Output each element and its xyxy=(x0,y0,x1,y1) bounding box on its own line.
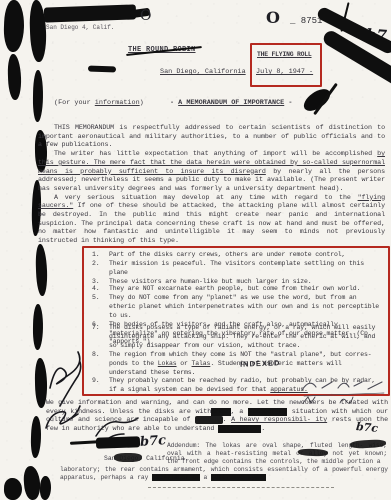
red-annotation-box-title xyxy=(250,43,322,87)
scanned-document-page: San Diego 4, Calif. O O _ 8751 b7 THE RO… xyxy=(0,0,391,500)
numbered-item: 7.The disks possess a type of radiant en… xyxy=(92,324,382,351)
item-text: They do NOT come from any "planet" as we… xyxy=(109,294,382,321)
typed-paragraph: The writer has little expectation that a… xyxy=(38,150,385,194)
closing-paragraph: We give information and warning, and can… xyxy=(46,399,388,434)
findings-group-1: 1.Part of the disks carry crews, others … xyxy=(92,251,382,287)
scan-artifact xyxy=(33,70,44,122)
numbered-item: 4.They are NOT excarnate earth people, b… xyxy=(92,285,382,294)
torn-edge-dashed-line xyxy=(148,487,334,488)
typed-paragraph: A very serious situation may develop at … xyxy=(38,194,385,246)
redaction-bar-bottom xyxy=(96,436,140,449)
handwritten-code-right-edge: b7c xyxy=(355,420,378,435)
handwritten-code-bottom: b7c xyxy=(140,433,167,450)
return-address: San Diego 4, Calif. xyxy=(46,24,114,31)
info-note: (For your information) xyxy=(54,99,144,107)
memo-heading: - A MEMORANDUM OF IMPORTANCE - xyxy=(170,99,292,107)
redaction-bar-top-left xyxy=(44,4,136,22)
item-text: Their mission is peaceful. The visitors … xyxy=(109,260,382,278)
scan-artifact xyxy=(35,244,48,296)
numbered-item: 2.Their mission is peaceful. The visitor… xyxy=(92,260,382,278)
boxed-title: THE FLYING ROLL xyxy=(257,51,312,58)
indexed-stamp: INDEXED xyxy=(240,358,281,368)
numbered-item: 1.Part of the disks carry crews, others … xyxy=(92,251,382,260)
place-line: San Diego, California xyxy=(160,68,246,76)
date-line: July 8, 1947 - xyxy=(256,68,313,76)
addendum-paragraph-b: laboratory; the rear contains armament, … xyxy=(60,466,388,482)
item-text: The disks possess a type of radiant ener… xyxy=(109,324,382,351)
memo-body: THIS MEMORANDUM is respectfully addresse… xyxy=(38,124,385,246)
scan-artifact xyxy=(3,0,25,52)
item-text: They are NOT excarnate earth people, but… xyxy=(109,285,382,294)
item-number: 7. xyxy=(92,324,109,333)
scan-artifact xyxy=(7,54,22,100)
scan-artifact xyxy=(23,465,41,500)
ink-smudge xyxy=(114,453,142,462)
item-number: 4. xyxy=(92,285,109,294)
item-number: 1. xyxy=(92,251,109,260)
numbered-item: 5.They do NOT come from any "planet" as … xyxy=(92,294,382,321)
hole-punch-mark: O xyxy=(266,8,280,27)
marker-dash xyxy=(88,66,116,73)
hole-punch-mark: O xyxy=(140,8,151,24)
scan-artifact xyxy=(39,476,51,500)
item-number: 5. xyxy=(92,294,109,303)
item-text: Part of the disks carry crews, others ar… xyxy=(109,251,382,260)
item-number: 2. xyxy=(92,260,109,269)
typed-paragraph: THIS MEMORANDUM is respectfully addresse… xyxy=(38,124,385,150)
scan-artifact xyxy=(4,478,23,500)
